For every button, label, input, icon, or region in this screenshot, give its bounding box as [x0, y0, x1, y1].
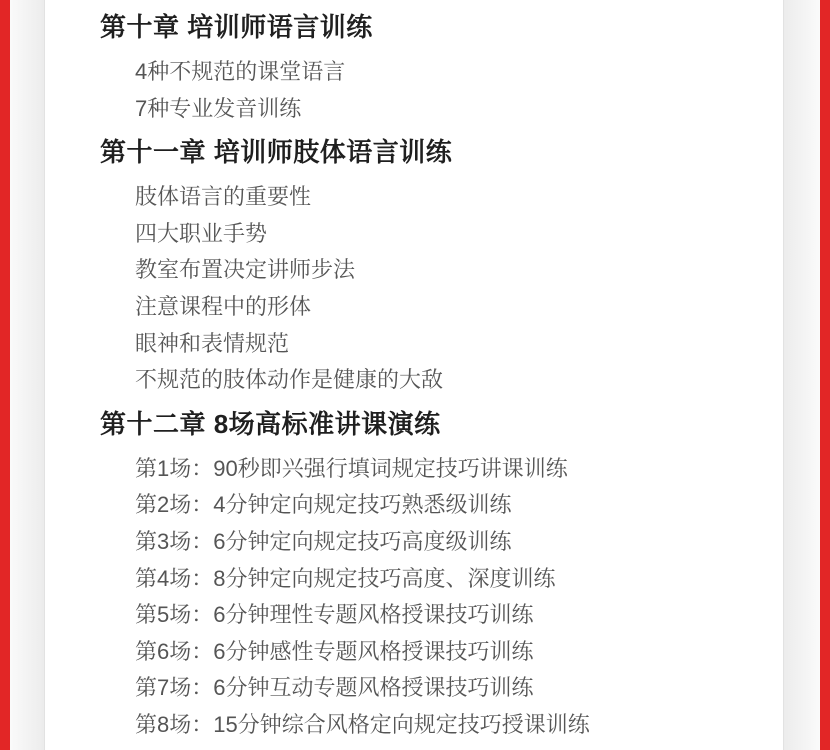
outline-item: 第8场：15分钟综合风格定向规定技巧授课训练 [135, 707, 783, 744]
right-page-shadow [783, 0, 820, 750]
left-red-border [0, 0, 10, 750]
outline-item: 第5场：6分钟理性专题风格授课技巧训练 [135, 597, 783, 634]
chapter-item-list: 肢体语言的重要性 四大职业手势 教室布置决定讲师步法 注意课程中的形体 眼神和表… [45, 179, 783, 399]
outline-item: 7种专业发音训练 [135, 91, 783, 128]
outline-item: 眼神和表情规范 [135, 326, 783, 363]
chapter-item-list: 第1场：90秒即兴强行填词规定技巧讲课训练 第2场：4分钟定向规定技巧熟悉级训练… [45, 451, 783, 744]
outline-item: 第4场：8分钟定向规定技巧高度、深度训练 [135, 561, 783, 598]
outline-item: 第2场：4分钟定向规定技巧熟悉级训练 [135, 487, 783, 524]
outline-item: 四大职业手势 [135, 216, 783, 253]
page: 第十章 培训师语言训练 4种不规范的课堂语言 7种专业发音训练 第十一章 培训师… [0, 0, 830, 750]
outline-item: 第6场：6分钟感性专题风格授课技巧训练 [135, 634, 783, 671]
chapter-item-list: 4种不规范的课堂语言 7种专业发音训练 [45, 54, 783, 127]
outline-item: 不规范的肢体动作是健康的大敌 [135, 362, 783, 399]
chapter-section-12: 第十二章 8场高标准讲课演练 第1场：90秒即兴强行填词规定技巧讲课训练 第2场… [45, 407, 783, 744]
outline-item: 注意课程中的形体 [135, 289, 783, 326]
left-page-shadow [10, 0, 45, 750]
chapter-title: 第十二章 8场高标准讲课演练 [100, 407, 783, 441]
chapter-section-10: 第十章 培训师语言训练 4种不规范的课堂语言 7种专业发音训练 [45, 10, 783, 127]
outline-item: 教室布置决定讲师步法 [135, 252, 783, 289]
outline-item: 第1场：90秒即兴强行填词规定技巧讲课训练 [135, 451, 783, 488]
outline-item: 4种不规范的课堂语言 [135, 54, 783, 91]
chapter-section-11: 第十一章 培训师肢体语言训练 肢体语言的重要性 四大职业手势 教室布置决定讲师步… [45, 135, 783, 399]
outline-item: 肢体语言的重要性 [135, 179, 783, 216]
outline-item: 第7场：6分钟互动专题风格授课技巧训练 [135, 670, 783, 707]
outline-item: 第3场：6分钟定向规定技巧高度级训练 [135, 524, 783, 561]
chapter-title: 第十章 培训师语言训练 [100, 10, 783, 44]
chapter-title: 第十一章 培训师肢体语言训练 [100, 135, 783, 169]
right-red-border [820, 0, 830, 750]
course-outline: 第十章 培训师语言训练 4种不规范的课堂语言 7种专业发音训练 第十一章 培训师… [45, 0, 783, 750]
